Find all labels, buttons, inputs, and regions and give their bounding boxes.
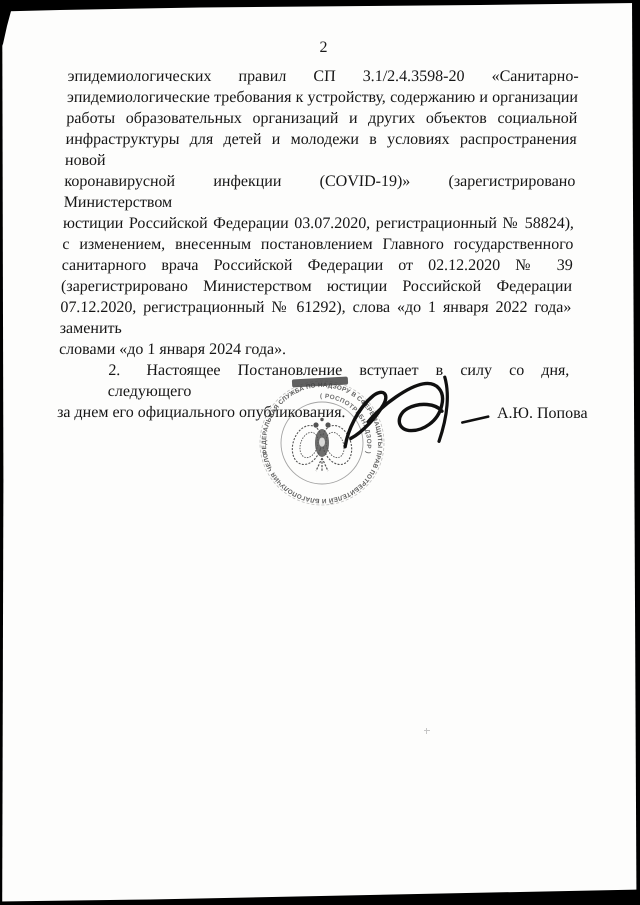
- scanned-document-page: 2 эпидемиологических правил СП 3.1/2.4.3…: [0, 0, 640, 905]
- document-line: эпидемиологических правил СП 3.1/2.4.359…: [67, 66, 579, 87]
- scan-edge-top: [0, 0, 640, 12]
- document-line: работы образовательных организаций и дру…: [66, 108, 578, 129]
- document-line: юстиции Российской Федерации 03.07.2020,…: [63, 213, 575, 234]
- document-line: словами «до 1 января 2024 года».: [59, 339, 571, 360]
- document-line: с изменением, внесенным постановлением Г…: [62, 234, 574, 255]
- paragraph-2-number: 2.: [108, 362, 121, 379]
- document-line: эпидемиологические требования к устройст…: [67, 87, 579, 108]
- scan-edge-bottom: [0, 890, 640, 905]
- stamp-and-signature: ФЕДЕРАЛЬНАЯ СЛУЖБА ПО НАДЗОРУ В СФЕРЕ ЗА…: [250, 368, 520, 538]
- page-number: 2: [68, 39, 579, 57]
- document-line: коронавирусной инфекции (COVID-19)» (зар…: [63, 171, 575, 213]
- scan-edge-right: [632, 0, 640, 905]
- scan-edge-top-left-corner: [0, 0, 14, 50]
- document-line: 07.12.2020, регистрационный № 61292), сл…: [59, 297, 571, 339]
- scan-edge-left: [0, 0, 3, 905]
- signer-name: А.Ю. Попова: [497, 405, 588, 423]
- document-line: (зарегистрировано Министерством юстиции …: [61, 276, 573, 297]
- document-line: инфраструктуры для детей и молодежи в ус…: [65, 129, 577, 171]
- scan-speck: [424, 728, 430, 734]
- official-round-stamp-icon: ФЕДЕРАЛЬНАЯ СЛУЖБА ПО НАДЗОРУ В СФЕРЕ ЗА…: [250, 368, 395, 520]
- document-line: санитарного врача Российской Федерации о…: [61, 255, 573, 276]
